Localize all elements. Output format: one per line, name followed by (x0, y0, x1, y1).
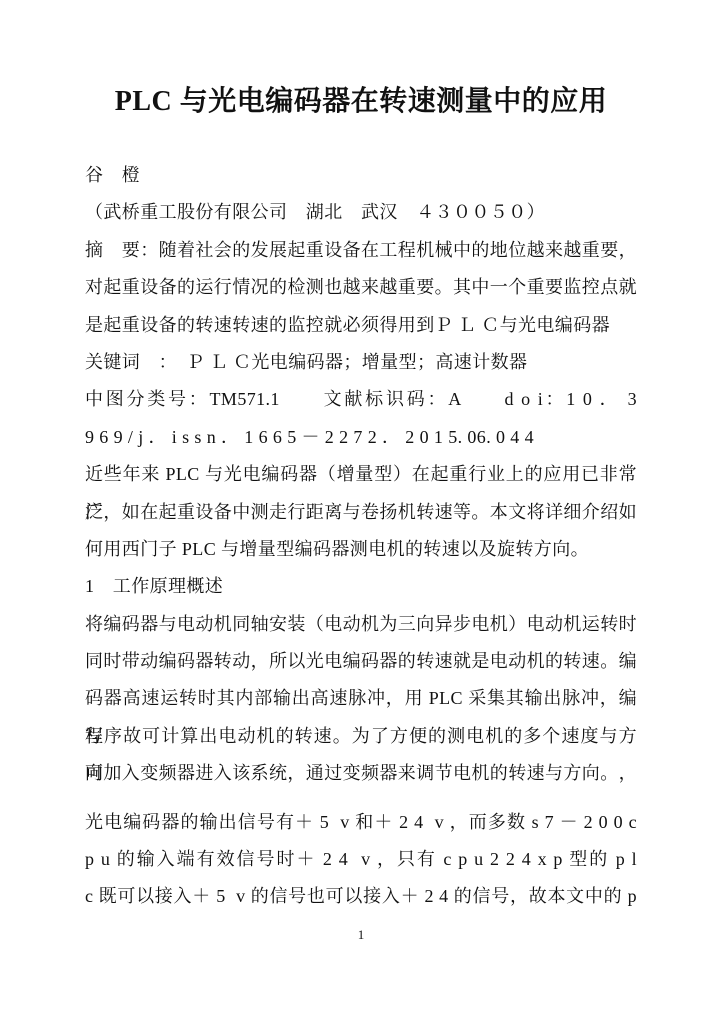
affiliation-line: （武桥重工股份有限公司 湖北 武汉 ４３００５０） (85, 194, 637, 231)
document-body: 谷 橙（武桥重工股份有限公司 湖北 武汉 ４３００５０）摘 要：随着社会的发展起… (85, 157, 637, 916)
body-text-line: 泛，如在起重设备中测走行距离与卷扬机转速等。本文将详细介绍如 (85, 494, 637, 531)
body-text-line: 同时带动编码器转动，所以光电编码器的转速就是电动机的转速。编 (85, 643, 637, 680)
section-heading: 1 工作原理概述 (85, 568, 637, 605)
body-text-line: 将编码器与电动机同轴安装（电动机为三向异步电机）电动机运转时 (85, 606, 637, 643)
document-title: PLC 与光电编码器在转速测量中的应用 (85, 80, 637, 124)
body-text-line: p u 的输入端有效信号时＋ 2 4 v ，只有 c p u 2 2 4 x p… (85, 841, 637, 878)
abstract-line: 是起重设备的转速转速的监控就必须得用到Ｐ Ｌ Ｃ与光电编码器 (85, 307, 637, 344)
keywords-line: 关键词 ： Ｐ Ｌ Ｃ光电编码器；增量型；高速计数器 (85, 344, 637, 381)
abstract-line: 摘 要：随着社会的发展起重设备在工程机械中的地位越来越重要， (85, 232, 637, 269)
document-page: PLC 与光电编码器在转速测量中的应用 谷 橙（武桥重工股份有限公司 湖北 武汉… (0, 0, 721, 1020)
page-number: 1 (85, 926, 637, 944)
body-text-line: 码器高速运转时其内部输出高速脉冲，用 PLC 采集其输出脉冲，编写 (85, 680, 637, 717)
body-text-line: 程序故可计算出电动机的转速。为了方便的测电机的多个速度与方向， (85, 718, 637, 755)
abstract-line: 对起重设备的运行情况的检测也越来越重要。其中一个重要监控点就 (85, 269, 637, 306)
body-text-line: 近些年来 PLC 与光电编码器（增量型）在起重行业上的应用已非常广 (85, 456, 637, 493)
body-text-line: 何用西门子 PLC 与增量型编码器测电机的转速以及旋转方向。 (85, 531, 637, 568)
body-text-line: 光电编码器的输出信号有＋ 5 v 和＋ 2 4 v ，而多数 s 7 － 2 0… (85, 804, 637, 841)
meta-line: 中图分类号：TM571.1 文献标识码：A d o i：1 0 ． 3 (85, 381, 637, 418)
body-text-line: c 既可以接入＋ 5 v 的信号也可以接入＋ 2 4 的信号，故本文中的 p (85, 878, 637, 915)
meta-line: 9 6 9 / j ． i s s n ． 1 6 6 5 － 2 2 7 2 … (85, 419, 637, 456)
author-line: 谷 橙 (85, 157, 637, 194)
body-text-line: 可加入变频器进入该系统，通过变频器来调节电机的转速与方向。 (85, 755, 637, 792)
